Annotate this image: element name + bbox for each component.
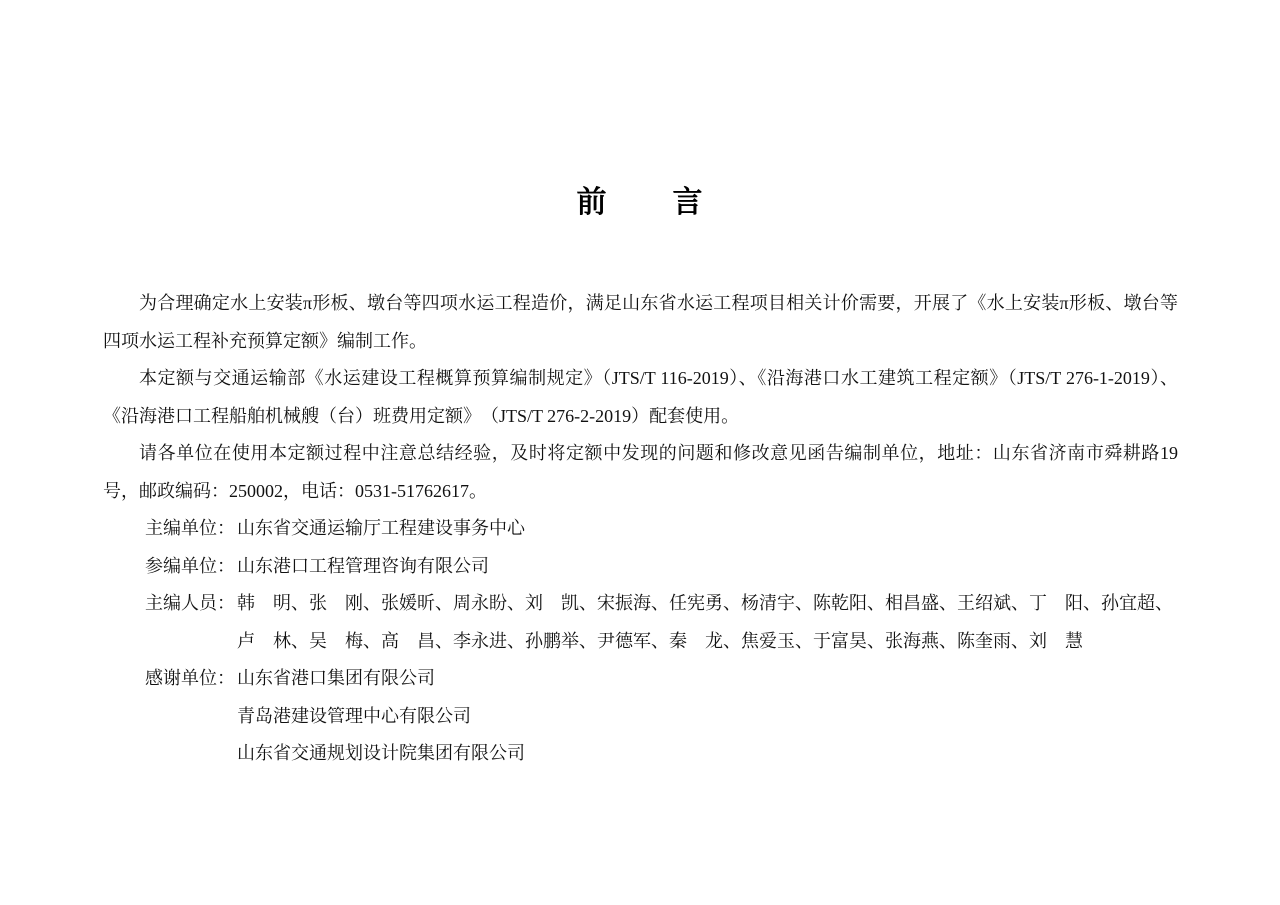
- credit-row-co-editor-unit: 参编单位： 山东港口工程管理咨询有限公司: [145, 548, 1178, 586]
- credit-label-chief-editor-unit: 主编单位：: [145, 510, 237, 548]
- credit-row-chief-editors-line1: 主编人员： 韩 明、张 刚、张媛昕、周永盼、刘 凯、宋振海、任宪勇、杨清宇、陈乾…: [145, 585, 1178, 623]
- credit-value-co-editor-unit: 山东港口工程管理咨询有限公司: [237, 548, 1178, 586]
- credit-label-co-editor-unit: 参编单位：: [145, 548, 237, 586]
- credit-value-thanks-unit-3: 山东省交通规划设计院集团有限公司: [237, 735, 1178, 773]
- credits-section: 主编单位： 山东省交通运输厅工程建设事务中心 参编单位： 山东港口工程管理咨询有…: [145, 510, 1178, 773]
- credit-value-chief-editors-line2: 卢 林、吴 梅、高 昌、李永进、孙鹏举、尹德军、秦 龙、焦爱玉、于富昊、张海燕、…: [237, 623, 1178, 661]
- credit-row-chief-editor-unit: 主编单位： 山东省交通运输厅工程建设事务中心: [145, 510, 1178, 548]
- credit-label-chief-editors: 主编人员：: [145, 585, 237, 623]
- paragraph-feedback-address: 请各单位在使用本定额过程中注意总结经验，及时将定额中发现的问题和修改意见函告编制…: [103, 435, 1178, 510]
- paragraph-purpose: 为合理确定水上安装π形板、墩台等四项水运工程造价，满足山东省水运工程项目相关计价…: [103, 285, 1178, 360]
- credit-value-chief-editors-line1: 韩 明、张 刚、张媛昕、周永盼、刘 凯、宋振海、任宪勇、杨清宇、陈乾阳、相昌盛、…: [237, 585, 1178, 623]
- credit-value-thanks-unit-1: 山东省港口集团有限公司: [237, 660, 1178, 698]
- page-title: 前 言: [103, 185, 1178, 221]
- credit-row-thanks-unit-line3: 山东省交通规划设计院集团有限公司: [145, 735, 1178, 773]
- credit-label-thanks-units: 感谢单位：: [145, 660, 237, 698]
- credit-row-thanks-unit-line1: 感谢单位： 山东省港口集团有限公司: [145, 660, 1178, 698]
- credit-row-thanks-unit-line2: 青岛港建设管理中心有限公司: [145, 698, 1178, 736]
- paragraph-related-standards: 本定额与交通运输部《水运建设工程概算预算编制规定》（JTS/T 116-2019…: [103, 360, 1178, 435]
- credit-row-chief-editors-line2: 卢 林、吴 梅、高 昌、李永进、孙鹏举、尹德军、秦 龙、焦爱玉、于富昊、张海燕、…: [145, 623, 1178, 661]
- document-body: 为合理确定水上安装π形板、墩台等四项水运工程造价，满足山东省水运工程项目相关计价…: [103, 285, 1178, 773]
- document-page: 前 言 为合理确定水上安装π形板、墩台等四项水运工程造价，满足山东省水运工程项目…: [0, 0, 1280, 905]
- credit-value-thanks-unit-2: 青岛港建设管理中心有限公司: [237, 698, 1178, 736]
- credit-value-chief-editor-unit: 山东省交通运输厅工程建设事务中心: [237, 510, 1178, 548]
